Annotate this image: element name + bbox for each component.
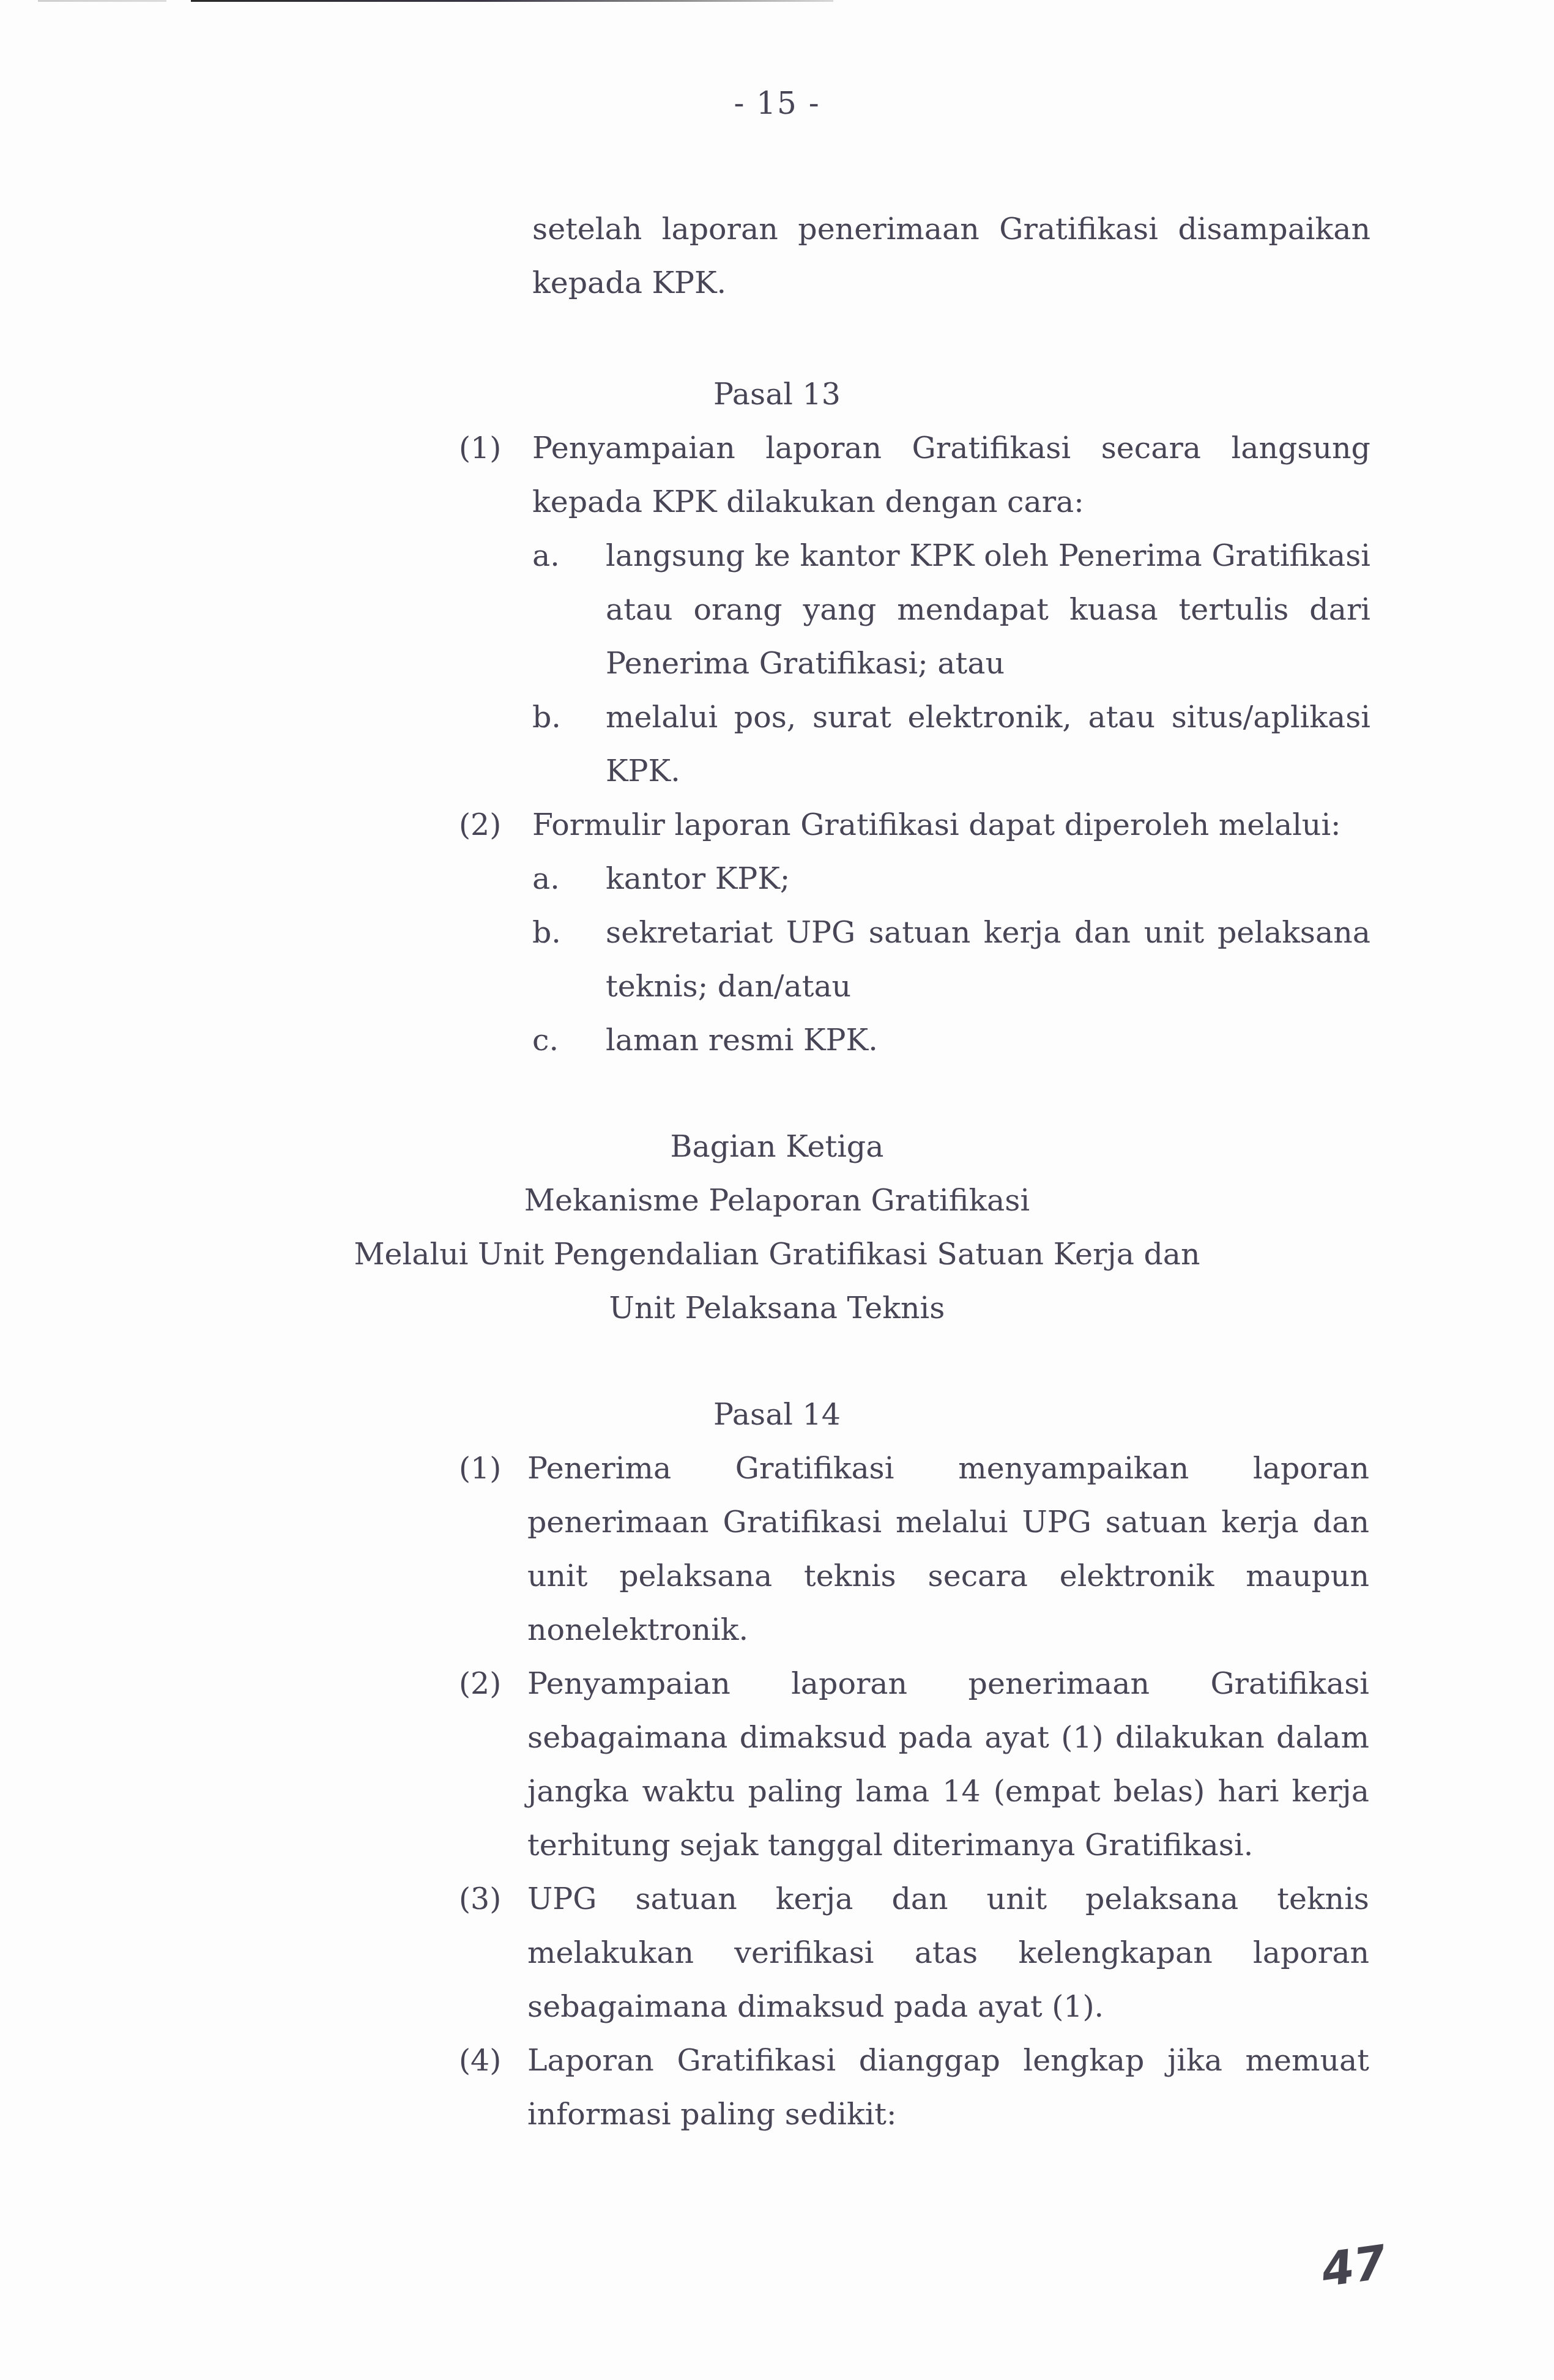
paragraph-line: Penyampaian laporan penerimaan Gratifika…	[527, 1666, 1369, 1702]
section-heading: Melalui Unit Pengendalian Gratifikasi Sa…	[0, 1236, 1554, 1273]
paragraph-line: Penerima Gratifikasi; atau	[606, 645, 1005, 682]
ayat-number: (1)	[459, 430, 501, 467]
paragraph-line: UPG satuan kerja dan unit pelaksana tekn…	[527, 1881, 1369, 1918]
paragraph-line: sebagaimana dimaksud pada ayat (1).	[527, 1989, 1104, 2025]
ayat-number: (2)	[459, 1666, 501, 1702]
paragraph-line: laman resmi KPK.	[606, 1022, 878, 1059]
paragraph-line: unit pelaksana teknis secara elektronik …	[527, 1558, 1369, 1595]
ayat-number: (1)	[459, 1450, 501, 1487]
paragraph-line: setelah laporan penerimaan Gratifikasi d…	[532, 211, 1370, 248]
paragraph-line: teknis; dan/atau	[606, 968, 851, 1005]
ayat-number: (3)	[459, 1881, 501, 1918]
paragraph-line: nonelektronik.	[527, 1612, 748, 1648]
item-letter: c.	[532, 1022, 559, 1059]
item-letter: a.	[532, 861, 560, 897]
paragraph-line: atau orang yang mendapat kuasa tertulis …	[606, 591, 1370, 628]
paragraph-line: kantor KPK;	[606, 861, 790, 897]
paragraph-line: Laporan Gratifikasi dianggap lengkap jik…	[527, 2042, 1369, 2079]
section-heading: Bagian Ketiga	[0, 1129, 1554, 1165]
article-title: Pasal 14	[0, 1396, 1554, 1433]
section-heading: Mekanisme Pelaporan Gratifikasi	[0, 1182, 1554, 1219]
paragraph-line: Penerima Gratifikasi menyampaikan lapora…	[527, 1450, 1369, 1487]
paragraph-line: melakukan verifikasi atas kelengkapan la…	[527, 1935, 1369, 1971]
paragraph-line: KPK.	[606, 753, 680, 790]
page-number: - 15 -	[0, 86, 1554, 121]
paragraph-line: melalui pos, surat elektronik, atau situ…	[606, 699, 1370, 736]
paragraph-line: langsung ke kantor KPK oleh Penerima Gra…	[606, 538, 1370, 574]
item-letter: b.	[532, 699, 561, 736]
paragraph-line: penerimaan Gratifikasi melalui UPG satua…	[527, 1504, 1369, 1541]
ayat-number: (4)	[459, 2042, 501, 2079]
paragraph-line: sekretariat UPG satuan kerja dan unit pe…	[606, 914, 1370, 951]
ayat-number: (2)	[459, 807, 501, 843]
paragraph-line: terhitung sejak tanggal diterimanya Grat…	[527, 1827, 1253, 1864]
paragraph-line: kepada KPK.	[532, 265, 726, 302]
article-title: Pasal 13	[0, 376, 1554, 413]
paragraph-line: Formulir laporan Gratifikasi dapat diper…	[532, 807, 1341, 843]
paragraph-line: Penyampaian laporan Gratifikasi secara l…	[532, 430, 1370, 467]
paragraph-line: jangka waktu paling lama 14 (empat belas…	[527, 1773, 1369, 1810]
paragraph-line: sebagaimana dimaksud pada ayat (1) dilak…	[527, 1719, 1369, 1756]
scan-edge-mark	[38, 0, 166, 2]
paragraph-line: kepada KPK dilakukan dengan cara:	[532, 484, 1084, 521]
section-heading: Unit Pelaksana Teknis	[0, 1290, 1554, 1327]
handwritten-initial: 47	[1318, 2234, 1389, 2297]
item-letter: b.	[532, 914, 561, 951]
paragraph-line: informasi paling sedikit:	[527, 2096, 897, 2133]
scan-edge-mark	[191, 0, 833, 2]
item-letter: a.	[532, 538, 560, 574]
